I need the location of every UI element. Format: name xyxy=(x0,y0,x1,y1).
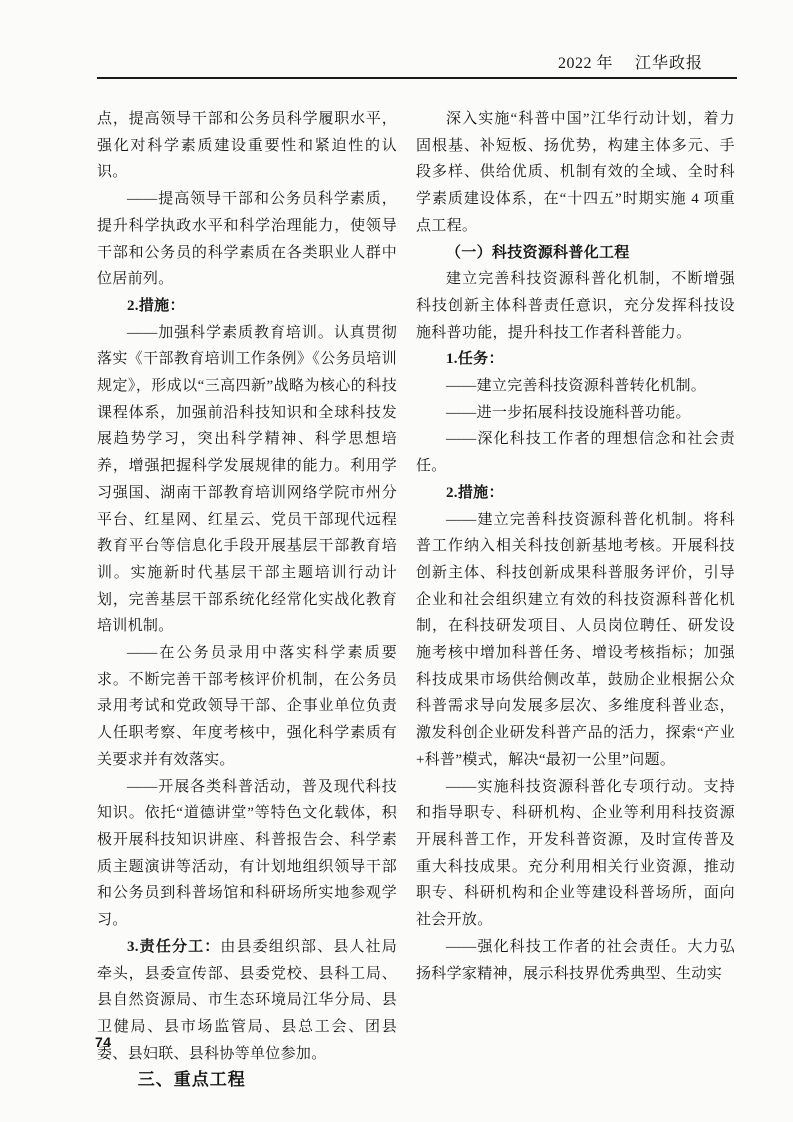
paragraph: 2.措施： xyxy=(416,480,735,507)
paragraph-text: 由县委组织部、县人社局牵头，县委宣传部、县委党校、县科工局、县自然资源局、市生态… xyxy=(97,939,397,1062)
paragraph: 建立完善科技资源科普化机制，不断增强科技创新主体科普责任意识，充分发挥科技设施科… xyxy=(416,266,735,346)
paragraph: ——深化科技工作者的理想信念和社会责任。 xyxy=(416,426,735,479)
page-header: 2022 年江华政报 xyxy=(558,54,703,74)
paragraph-label: 1.任务： xyxy=(446,351,504,367)
paragraph: 1.任务： xyxy=(416,346,735,373)
paragraph: ——在公务员录用中落实科学素质要求。不断完善干部考核评价机制，在公务员录用考试和… xyxy=(97,640,397,774)
paragraph: ——强化科技工作者的社会责任。大力弘扬科学家精神，展示科技界优秀典型、生动实 xyxy=(416,934,735,987)
page-number: 74 xyxy=(95,1034,112,1050)
gazette-page: 2022 年江华政报 点，提高领导干部和公务员科学履职水平，强化对科学素质建设重… xyxy=(0,0,793,1122)
paragraph-label: 3.责任分工： xyxy=(127,939,220,955)
paragraph: ——建立完善科技资源科普转化机制。 xyxy=(416,373,735,400)
paragraph: 点，提高领导干部和公务员科学履职水平，强化对科学素质建设重要性和紧迫性的认识。 xyxy=(97,106,397,186)
paragraph: ——开展各类科普活动，普及现代科技知识。依托“道德讲堂”等特色文化载体，积极开展… xyxy=(97,774,397,934)
paragraph-label: 2.措施： xyxy=(127,298,185,314)
subsection-heading-tech-resources: （一）科技资源科普化工程 xyxy=(416,240,735,267)
paragraph: 3.责任分工：由县委组织部、县人社局牵头，县委宣传部、县委党校、县科工局、县自然… xyxy=(97,934,397,1068)
header-year: 2022 年 xyxy=(558,55,613,72)
text-columns: 点，提高领导干部和公务员科学履职水平，强化对科学素质建设重要性和紧迫性的认识。 … xyxy=(97,106,735,1094)
paragraph: 2.措施： xyxy=(97,293,397,320)
paragraph: ——进一步拓展科技设施科普功能。 xyxy=(416,400,735,427)
header-publication-title: 江华政报 xyxy=(635,55,703,72)
right-column: 深入实施“科普中国”江华行动计划，着力固根基、补短板、扬优势，构建主体多元、手段… xyxy=(416,106,735,1094)
paragraph: 深入实施“科普中国”江华行动计划，着力固根基、补短板、扬优势，构建主体多元、手段… xyxy=(416,106,735,240)
paragraph: ——建立完善科技资源科普化机制。将科普工作纳入相关科技创新基地考核。开展科技创新… xyxy=(416,507,735,774)
left-column: 点，提高领导干部和公务员科学履职水平，强化对科学素质建设重要性和紧迫性的认识。 … xyxy=(97,106,397,1094)
paragraph: ——提高领导干部和公务员科学素质，提升科学执政水平和科学治理能力，使领导干部和公… xyxy=(97,186,397,293)
paragraph: ——加强科学素质教育培训。认真贯彻落实《干部教育培训工作条例》《公务员培训规定》… xyxy=(97,320,397,640)
paragraph: ——实施科技资源科普化专项行动。支持和指导职专、科研机构、企业等利用科技资源开展… xyxy=(416,774,735,934)
section-heading-key-projects: 三、重点工程 xyxy=(97,1067,397,1094)
paragraph-label: 2.措施： xyxy=(446,485,504,501)
header-rule xyxy=(97,77,737,79)
